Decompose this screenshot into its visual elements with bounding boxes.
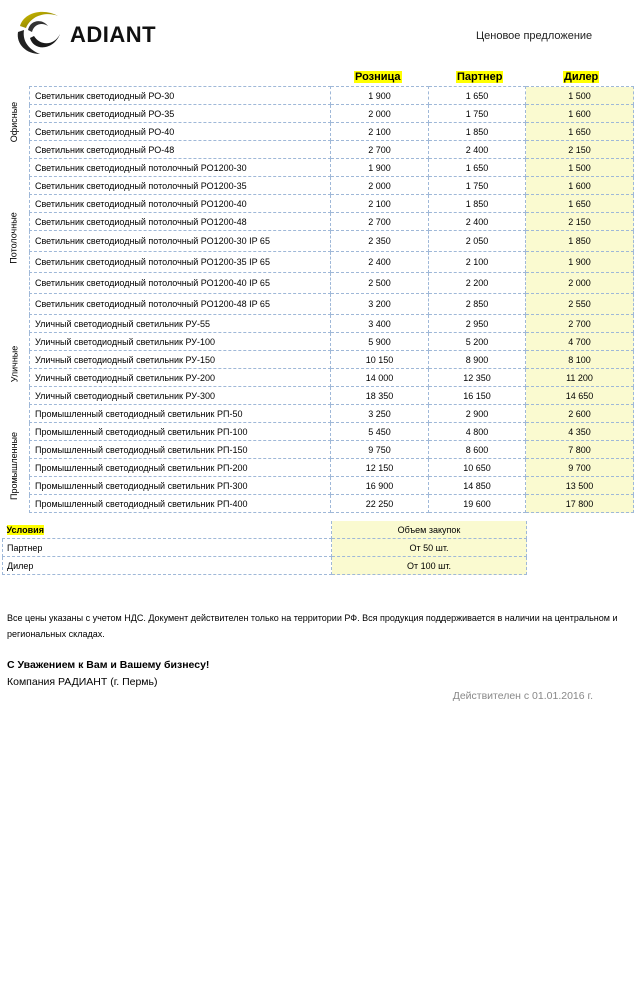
dealer-price: 7 800 <box>526 441 634 459</box>
category-ceiling: Потолочные <box>0 158 28 318</box>
conditions-title: Условия <box>7 525 44 535</box>
dealer-price: 2 150 <box>526 141 634 159</box>
partner-price: 2 400 <box>429 213 526 231</box>
regards-text: С Уважением к Вам и Вашему бизнесу! <box>7 659 209 671</box>
radiant-swirl-icon <box>14 6 66 58</box>
product-name: Светильник светодиодный РО-48 <box>30 141 331 159</box>
partner-price: 1 650 <box>429 87 526 105</box>
retail-price: 2 700 <box>331 141 429 159</box>
table-row: Уличный светодиодный светильник РУ-30018… <box>30 387 634 405</box>
partner-price: 8 900 <box>429 351 526 369</box>
column-header-retail: Розница <box>354 71 402 85</box>
company-signature: Компания РАДИАНТ (г. Пермь) <box>7 676 158 688</box>
product-name: Светильник светодиодный потолочный РО120… <box>30 195 331 213</box>
partner-price: 2 900 <box>429 405 526 423</box>
product-name: Уличный светодиодный светильник РУ-150 <box>30 351 331 369</box>
retail-price: 3 250 <box>331 405 429 423</box>
dealer-price: 13 500 <box>526 477 634 495</box>
partner-price: 2 400 <box>429 141 526 159</box>
table-row: Уличный светодиодный светильник РУ-553 4… <box>30 315 634 333</box>
dealer-price: 17 800 <box>526 495 634 513</box>
table-row: Уличный светодиодный светильник РУ-15010… <box>30 351 634 369</box>
product-name: Светильник светодиодный потолочный РО120… <box>30 177 331 195</box>
dealer-price: 9 700 <box>526 459 634 477</box>
partner-price: 14 850 <box>429 477 526 495</box>
product-name: Промышленный светодиодный светильник РП-… <box>30 441 331 459</box>
table-row: Промышленный светодиодный светильник РП-… <box>30 441 634 459</box>
retail-price: 16 900 <box>331 477 429 495</box>
partner-price: 19 600 <box>429 495 526 513</box>
dealer-price: 1 600 <box>526 177 634 195</box>
table-row: Промышленный светодиодный светильник РП-… <box>30 477 634 495</box>
partner-price: 2 850 <box>429 294 526 315</box>
dealer-price: 1 650 <box>526 123 634 141</box>
table-row: Уличный светодиодный светильник РУ-20014… <box>30 369 634 387</box>
dealer-price: 2 600 <box>526 405 634 423</box>
retail-price: 2 500 <box>331 273 429 294</box>
table-row: Светильник светодиодный РО-482 7002 4002… <box>30 141 634 159</box>
retail-price: 3 200 <box>331 294 429 315</box>
product-name: Светильник светодиодный потолочный РО120… <box>30 213 331 231</box>
dealer-price: 2 000 <box>526 273 634 294</box>
table-row: Светильник светодиодный РО-301 9001 6501… <box>30 87 634 105</box>
category-street: Уличные <box>0 318 28 410</box>
retail-price: 1 900 <box>331 159 429 177</box>
partner-price: 2 200 <box>429 273 526 294</box>
product-name: Светильник светодиодный потолочный РО120… <box>30 159 331 177</box>
dealer-price: 1 850 <box>526 231 634 252</box>
partner-price: 1 850 <box>429 123 526 141</box>
table-row: Промышленный светодиодный светильник РП-… <box>30 495 634 513</box>
partner-price: 4 800 <box>429 423 526 441</box>
retail-price: 2 000 <box>331 177 429 195</box>
retail-price: 2 700 <box>331 213 429 231</box>
column-header-dealer: Дилер <box>563 71 599 85</box>
product-name: Светильник светодиодный РО-35 <box>30 105 331 123</box>
product-name: Светильник светодиодный РО-40 <box>30 123 331 141</box>
retail-price: 3 400 <box>331 315 429 333</box>
category-industrial: Промышленные <box>0 410 28 522</box>
table-row: Уличный светодиодный светильник РУ-1005 … <box>30 333 634 351</box>
retail-price: 2 100 <box>331 123 429 141</box>
table-row: Светильник светодиодный потолочный РО120… <box>30 159 634 177</box>
product-name: Уличный светодиодный светильник РУ-55 <box>30 315 331 333</box>
retail-price: 10 150 <box>331 351 429 369</box>
partner-price: 2 050 <box>429 231 526 252</box>
condition-value: От 100 шт. <box>332 557 527 575</box>
dealer-price: 14 650 <box>526 387 634 405</box>
dealer-price: 1 900 <box>526 252 634 273</box>
partner-price: 2 950 <box>429 315 526 333</box>
partner-price: 1 850 <box>429 195 526 213</box>
product-name: Светильник светодиодный потолочный РО120… <box>30 231 331 252</box>
retail-price: 14 000 <box>331 369 429 387</box>
dealer-price: 4 350 <box>526 423 634 441</box>
table-row: Светильник светодиодный потолочный РО120… <box>30 294 634 315</box>
retail-price: 22 250 <box>331 495 429 513</box>
retail-price: 2 000 <box>331 105 429 123</box>
partner-price: 1 650 <box>429 159 526 177</box>
product-name: Промышленный светодиодный светильник РП-… <box>30 477 331 495</box>
valid-from: Действителен с 01.01.2016 г. <box>453 690 593 702</box>
retail-price: 2 400 <box>331 252 429 273</box>
conditions-title-cell: Условия <box>3 521 332 539</box>
product-name: Уличный светодиодный светильник РУ-200 <box>30 369 331 387</box>
partner-price: 2 100 <box>429 252 526 273</box>
dealer-price: 2 150 <box>526 213 634 231</box>
retail-price: 5 900 <box>331 333 429 351</box>
partner-price: 8 600 <box>429 441 526 459</box>
condition-label: Партнер <box>3 539 332 557</box>
table-row: Промышленный светодиодный светильник РП-… <box>30 459 634 477</box>
table-row: Светильник светодиодный РО-352 0001 7501… <box>30 105 634 123</box>
column-header-partner: Партнер <box>456 71 503 85</box>
product-name: Светильник светодиодный РО-30 <box>30 87 331 105</box>
retail-price: 2 100 <box>331 195 429 213</box>
product-name: Уличный светодиодный светильник РУ-100 <box>30 333 331 351</box>
table-row: Светильник светодиодный потолочный РО120… <box>30 177 634 195</box>
dealer-price: 1 500 <box>526 159 634 177</box>
dealer-price: 11 200 <box>526 369 634 387</box>
volume-header: Объем закупок <box>332 521 527 539</box>
product-name: Промышленный светодиодный светильник РП-… <box>30 405 331 423</box>
partner-price: 10 650 <box>429 459 526 477</box>
retail-price: 9 750 <box>331 441 429 459</box>
dealer-price: 1 600 <box>526 105 634 123</box>
product-name: Уличный светодиодный светильник РУ-300 <box>30 387 331 405</box>
product-name: Светильник светодиодный потолочный РО120… <box>30 273 331 294</box>
category-office: Офисные <box>0 86 28 158</box>
retail-price: 1 900 <box>331 87 429 105</box>
product-name: Промышленный светодиодный светильник РП-… <box>30 423 331 441</box>
table-row: Светильник светодиодный потолочный РО120… <box>30 213 634 231</box>
dealer-price: 2 700 <box>526 315 634 333</box>
dealer-price: 1 500 <box>526 87 634 105</box>
company-logo: ADIANT <box>14 6 144 58</box>
conditions-table: Условия Объем закупок Партнер От 50 шт. … <box>2 521 527 575</box>
retail-price: 18 350 <box>331 387 429 405</box>
document-title: Ценовое предложение <box>476 30 592 42</box>
table-row: Светильник светодиодный потолочный РО120… <box>30 195 634 213</box>
retail-price: 2 350 <box>331 231 429 252</box>
pricing-note: Все цены указаны с учетом НДС. Документ … <box>7 610 627 642</box>
condition-label: Дилер <box>3 557 332 575</box>
retail-price: 12 150 <box>331 459 429 477</box>
product-name: Промышленный светодиодный светильник РП-… <box>30 495 331 513</box>
table-row: Светильник светодиодный потолочный РО120… <box>30 252 634 273</box>
partner-price: 5 200 <box>429 333 526 351</box>
table-row: Промышленный светодиодный светильник РП-… <box>30 405 634 423</box>
partner-price: 12 350 <box>429 369 526 387</box>
product-name: Светильник светодиодный потолочный РО120… <box>30 294 331 315</box>
table-row: Промышленный светодиодный светильник РП-… <box>30 423 634 441</box>
logo-text: ADIANT <box>70 22 156 48</box>
dealer-price: 1 650 <box>526 195 634 213</box>
partner-price: 1 750 <box>429 177 526 195</box>
dealer-price: 8 100 <box>526 351 634 369</box>
dealer-price: 4 700 <box>526 333 634 351</box>
table-row: Светильник светодиодный потолочный РО120… <box>30 273 634 294</box>
retail-price: 5 450 <box>331 423 429 441</box>
product-name: Промышленный светодиодный светильник РП-… <box>30 459 331 477</box>
table-row: Светильник светодиодный потолочный РО120… <box>30 231 634 252</box>
partner-price: 1 750 <box>429 105 526 123</box>
partner-price: 16 150 <box>429 387 526 405</box>
price-table: Светильник светодиодный РО-301 9001 6501… <box>29 86 634 513</box>
dealer-price: 2 550 <box>526 294 634 315</box>
condition-value: От 50 шт. <box>332 539 527 557</box>
table-row: Светильник светодиодный РО-402 1001 8501… <box>30 123 634 141</box>
product-name: Светильник светодиодный потолочный РО120… <box>30 252 331 273</box>
